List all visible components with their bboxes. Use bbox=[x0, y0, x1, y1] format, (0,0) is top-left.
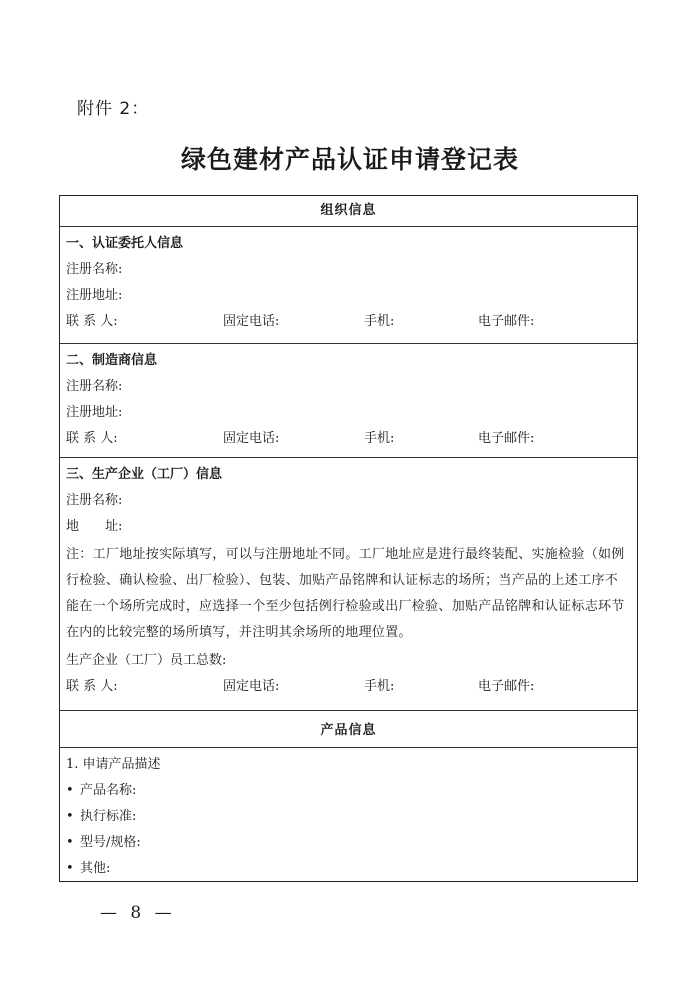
client-reg-name-field[interactable]: 注册名称: bbox=[66, 257, 637, 283]
manufacturer-heading: 二、制造商信息 bbox=[66, 348, 637, 374]
factory-email-field[interactable]: 电子邮件: bbox=[478, 674, 534, 700]
bullet-icon: • bbox=[66, 778, 80, 804]
factory-mobile-field[interactable]: 手机: bbox=[364, 674, 394, 700]
client-info-block: 一、认证委托人信息 注册名称: 注册地址: 联 系 人: 固定电话: 手机: 电… bbox=[60, 227, 637, 344]
client-mobile-field[interactable]: 手机: bbox=[364, 309, 394, 335]
client-contact-field[interactable]: 联 系 人: bbox=[66, 309, 118, 335]
product-heading: 1. 申请产品描述 bbox=[66, 752, 637, 778]
client-email-field[interactable]: 电子邮件: bbox=[478, 309, 534, 335]
product-name-field[interactable]: •产品名称: bbox=[66, 778, 637, 804]
product-standard-field[interactable]: •执行标准: bbox=[66, 804, 637, 830]
factory-heading: 三、生产企业（工厂）信息 bbox=[66, 462, 637, 488]
factory-address-field[interactable]: 地 址: bbox=[66, 514, 637, 540]
factory-info-block: 三、生产企业（工厂）信息 注册名称: 地 址: 注：工厂地址按实际填写，可以与注… bbox=[60, 458, 637, 711]
product-model-field[interactable]: •型号/规格: bbox=[66, 830, 637, 856]
factory-contact-row: 联 系 人: 固定电话: 手机: 电子邮件: bbox=[66, 674, 637, 700]
client-phone-field[interactable]: 固定电话: bbox=[223, 309, 279, 335]
bullet-icon: • bbox=[66, 856, 80, 882]
manufacturer-contact-field[interactable]: 联 系 人: bbox=[66, 426, 118, 452]
page-title: 绿色建材产品认证申请登记表 bbox=[0, 140, 700, 176]
client-contact-row: 联 系 人: 固定电话: 手机: 电子邮件: bbox=[66, 309, 637, 335]
attachment-label: 附件 2： bbox=[77, 94, 149, 119]
factory-reg-name-field[interactable]: 注册名称: bbox=[66, 488, 637, 514]
manufacturer-info-block: 二、制造商信息 注册名称: 注册地址: 联 系 人: 固定电话: 手机: 电子邮… bbox=[60, 344, 637, 458]
manufacturer-mobile-field[interactable]: 手机: bbox=[364, 426, 394, 452]
application-form: 组织信息 一、认证委托人信息 注册名称: 注册地址: 联 系 人: 固定电话: … bbox=[59, 195, 638, 882]
client-reg-address-field[interactable]: 注册地址: bbox=[66, 283, 637, 309]
manufacturer-reg-address-field[interactable]: 注册地址: bbox=[66, 400, 637, 426]
product-info-block: 1. 申请产品描述 •产品名称: •执行标准: •型号/规格: •其他: bbox=[60, 748, 637, 882]
page-number: — 8 — bbox=[100, 903, 176, 923]
section-header-organization: 组织信息 bbox=[60, 196, 637, 227]
factory-employees-field[interactable]: 生产企业（工厂）员工总数: bbox=[66, 648, 637, 674]
product-other-field[interactable]: •其他: bbox=[66, 856, 637, 882]
manufacturer-contact-row: 联 系 人: 固定电话: 手机: 电子邮件: bbox=[66, 426, 637, 452]
manufacturer-reg-name-field[interactable]: 注册名称: bbox=[66, 374, 637, 400]
bullet-icon: • bbox=[66, 830, 80, 856]
factory-phone-field[interactable]: 固定电话: bbox=[223, 674, 279, 700]
factory-address-note: 注：工厂地址按实际填写，可以与注册地址不同。工厂地址应是进行最终装配、实施检验（… bbox=[66, 542, 637, 646]
factory-contact-field[interactable]: 联 系 人: bbox=[66, 674, 118, 700]
client-heading: 一、认证委托人信息 bbox=[66, 231, 637, 257]
manufacturer-email-field[interactable]: 电子邮件: bbox=[478, 426, 534, 452]
section-header-product: 产品信息 bbox=[60, 711, 637, 748]
bullet-icon: • bbox=[66, 804, 80, 830]
manufacturer-phone-field[interactable]: 固定电话: bbox=[223, 426, 279, 452]
